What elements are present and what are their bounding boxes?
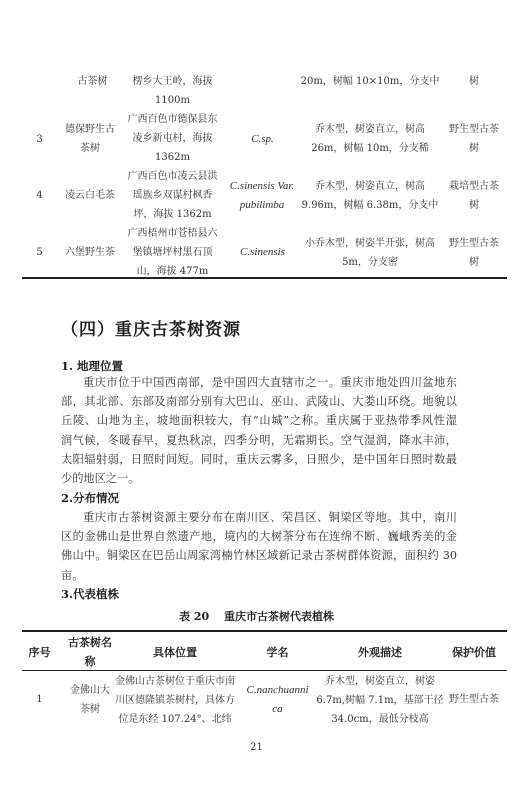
subsection-heading-representative: 3.代表植株 [61, 586, 119, 602]
cell-text: 20m，树幅 10×10m，分支中 [300, 72, 440, 91]
prev-row-cont-protection: 树 [440, 72, 508, 91]
cell-text: C.sinensis Var. [222, 177, 302, 196]
cell-text: 茶树 [55, 139, 125, 158]
cell-text: 堡镇塘坪村黑石顶 [120, 243, 225, 262]
cell-text: pubilimba [222, 196, 302, 215]
prev-row-cont-location: 楞乡大王岭，海拔 1100m [120, 72, 225, 110]
text-line: 佛山中。铜梁区在巴岳山周家湾楠竹林区域新记录古茶树群体资源，面积约 30 [61, 546, 457, 565]
text-line: 重庆市古茶树资源主要分布在南川区、荣昌区、铜梁区等地。其中，南川 [61, 508, 457, 527]
row-1-description: 乔木型，树姿直立，树姿 6.7m,树幅 7.1m，基部干径 34.0cm，最低分… [310, 672, 450, 729]
cell-text: 9.96m，树幅 6.38m，分支中 [300, 196, 440, 215]
prev-row-3-index: 3 [22, 130, 57, 149]
prev-row-5-location: 广西梧州市苍梧县六 堡镇塘坪村黑石顶 山，海拔 477m [120, 224, 225, 281]
cell-text: 德保野生古 [55, 120, 125, 139]
prev-row-4-name: 凌云白毛茶 [55, 186, 125, 205]
prev-row-4-protection: 栽培型古茶 树 [440, 177, 508, 215]
cell-text: 川区德隆镇茶树村，具体方 [112, 691, 238, 710]
header-text: 序号 [29, 646, 51, 659]
cell-text: 26m，树幅 10m，分支稀 [300, 139, 440, 158]
prev-row-5-protection: 野生型古茶 树 [440, 234, 508, 272]
page-number: 21 [0, 742, 513, 753]
cell-text: 野生型古茶 [440, 234, 508, 253]
subsection-heading-geography: 1. 地理位置 [61, 358, 123, 374]
prev-row-5-name: 六堡野生茶 [55, 243, 125, 262]
cell-text: 凌乡新屯村，海拔 [120, 129, 225, 148]
prev-row-3-name: 德保野生古 茶树 [55, 120, 125, 158]
cell-text: 6.7m,树幅 7.1m，基部干径 [310, 691, 450, 710]
prev-row-4-description: 乔木型，树姿直立，树高 9.96m，树幅 6.38m，分支中 [300, 177, 440, 215]
table-caption: 表 20 重庆市古茶树代表植株 [0, 608, 513, 624]
cell-text: 树 [440, 72, 508, 91]
prev-row-3-location: 广西百色市德保县东 凌乡新屯村，海拔 1362m [120, 110, 225, 167]
row-1-index: 1 [22, 690, 57, 709]
cell-text: 乔木型，树姿直立，树高 [300, 177, 440, 196]
row-1-scientific-name: C.nanchuanni ca [240, 681, 315, 719]
cell-text: 坪，海拔 1362m [120, 205, 225, 224]
cell-text: 树 [440, 253, 508, 272]
cell-text: 广西梧州市苍梧县六 [120, 224, 225, 243]
header-text: 外观描述 [358, 646, 402, 659]
header-text: 保护价值 [452, 646, 496, 659]
subsection-heading-distribution: 2.分布情况 [61, 490, 119, 506]
prev-row-4-scientific-name: C.sinensis Var. pubilimba [222, 177, 302, 215]
cell-text: 树 [440, 139, 508, 158]
text-line: 亩。 [61, 566, 457, 585]
table-header-rule [22, 670, 507, 671]
cell-text: 野生型古茶 [440, 120, 508, 139]
cell-text: 瑶族乡双谋村枫香 [120, 186, 225, 205]
text-line: 区的金佛山是世界自然遗产地，境内的大树茶分布在连绵不断、巍峨秀美的金 [61, 527, 457, 546]
cell-text: 乔木型，树姿直立，树姿 [310, 672, 450, 691]
text-line: 润气候，冬暖春早，夏热秋凉，四季分明，无霜期长。空气湿润，降水丰沛， [61, 431, 457, 450]
cell-text: 乔木型，树姿直立，树高 [300, 120, 440, 139]
prev-row-5-index: 5 [22, 243, 57, 262]
cell-text: 六堡野生茶 [55, 243, 125, 262]
header-scientific-name: 学名 [240, 643, 315, 662]
cell-text: C.nanchuanni [240, 681, 315, 700]
cell-text: ca [240, 700, 315, 719]
cell-text: 金佛山古茶树位于重庆市南 [112, 672, 238, 691]
cell-text: 34.0cm，最低分枝高 [310, 710, 450, 729]
cell-text: 楞乡大王岭，海拔 [120, 72, 225, 91]
table-bottom-rule [22, 277, 507, 279]
paragraph-geography: 重庆市位于中国西南部，是中国四大直辖市之一。重庆市地处四川盆地东 部，其北部、东… [61, 373, 457, 488]
cell-text: C.sp. [225, 130, 300, 149]
text-line: 部，其北部、东部及南部分别有大巴山、巫山、武陵山、大娄山环绕。地貌以 [61, 392, 457, 411]
cell-text: 5 [22, 243, 57, 262]
text-line: 太阳辐射弱，日照时间短。同时，重庆云雾多，日照少，是中国年日照时数最 [61, 450, 457, 469]
cell-text: 1 [22, 690, 57, 709]
cell-text: 5m，分支密 [300, 253, 440, 272]
text-line: 重庆市位于中国西南部，是中国四大直辖市之一。重庆市地处四川盆地东 [61, 373, 457, 392]
prev-row-3-protection: 野生型古茶 树 [440, 120, 508, 158]
cell-text: 凌云白毛茶 [55, 186, 125, 205]
cell-text: 4 [22, 186, 57, 205]
header-protection: 保护价值 [440, 643, 508, 662]
row-1-protection: 野生型古茶 [440, 690, 508, 709]
header-text: 学名 [267, 646, 289, 659]
header-location: 具体位置 [115, 643, 235, 662]
cell-text: 小乔木型，树姿半开张，树高 [300, 234, 440, 253]
text-line: 少的地区之一。 [61, 469, 457, 488]
header-description: 外观描述 [310, 643, 450, 662]
prev-row-3-description: 乔木型，树姿直立，树高 26m，树幅 10m，分支稀 [300, 120, 440, 158]
cell-text: 3 [22, 130, 57, 149]
cell-text: 古茶树 [60, 72, 125, 91]
prev-row-4-index: 4 [22, 186, 57, 205]
prev-row-cont-description: 20m，树幅 10×10m，分支中 [300, 72, 440, 91]
header-text: 具体位置 [153, 646, 197, 659]
header-index: 序号 [22, 643, 57, 662]
table-top-rule [22, 630, 507, 632]
text-line: 丘陵、山地为主，坡地面积较大，有“山城”之称。重庆属于亚热带季风性湿 [61, 411, 457, 430]
paragraph-distribution: 重庆市古茶树资源主要分布在南川区、荣昌区、铜梁区等地。其中，南川 区的金佛山是世… [61, 508, 457, 585]
cell-text: 广西百色市凌云县洪 [120, 167, 225, 186]
prev-row-4-location: 广西百色市凌云县洪 瑶族乡双谋村枫香 坪，海拔 1362m [120, 167, 225, 224]
cell-text: 位是东经 107.24°、北纬 [112, 710, 238, 729]
section-title: （四）重庆古茶树资源 [61, 315, 241, 340]
cell-text: 野生型古茶 [440, 690, 508, 709]
cell-text: 栽培型古茶 [440, 177, 508, 196]
prev-row-3-scientific-name: C.sp. [225, 130, 300, 149]
cell-text: 树 [440, 196, 508, 215]
prev-row-5-description: 小乔木型，树姿半开张，树高 5m，分支密 [300, 234, 440, 272]
prev-row-5-scientific-name: C.sinensis [225, 243, 300, 262]
cell-text: 1100m [120, 91, 225, 110]
cell-text: 广西百色市德保县东 [120, 110, 225, 129]
row-1-location: 金佛山古茶树位于重庆市南 川区德隆镇茶树村，具体方 位是东经 107.24°、北… [112, 672, 238, 729]
cell-text: 1362m [120, 148, 225, 167]
cell-text: C.sinensis [225, 243, 300, 262]
prev-row-cont-name: 古茶树 [60, 72, 125, 91]
